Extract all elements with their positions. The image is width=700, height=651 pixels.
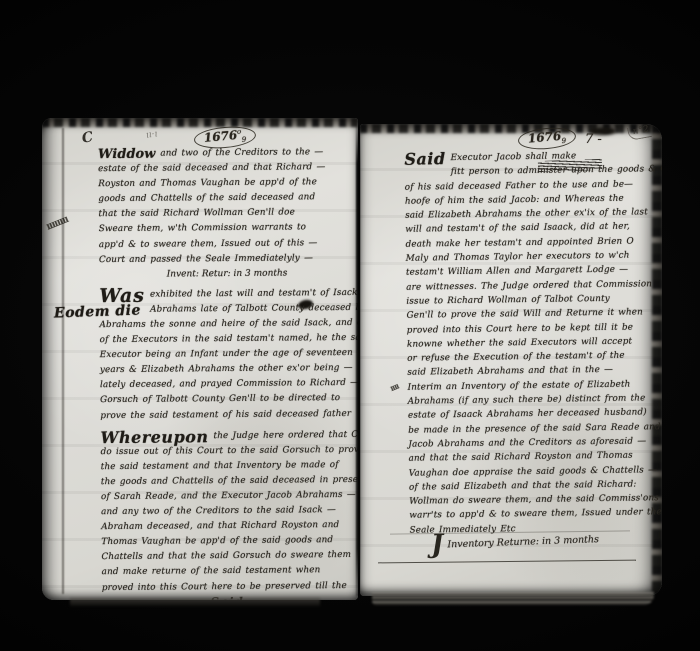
page-edge-stack <box>372 592 654 605</box>
entry-opening-word: Said <box>404 151 445 167</box>
left-page: C ıı·ı 1676o9 ıııııııı Eodem die Widdow … <box>42 118 358 600</box>
manuscript-line: app'd & to sweare them, Issued out of th… <box>99 235 355 252</box>
year-stamp-subscript: 9 <box>561 137 566 145</box>
court-entry-whereupon: Whereupon the Judge here ordered that Co… <box>100 427 358 600</box>
book-gutter-crease <box>356 126 360 596</box>
ink-smudge: ıı·ı <box>145 129 158 141</box>
manuscript-line: and make returne of the said testament w… <box>102 563 358 580</box>
right-corner-mark: n°2 <box>627 124 652 141</box>
page-number: 7 - <box>585 132 602 147</box>
entry-lines: Executor Jacob shall makefitt person to … <box>404 148 653 537</box>
court-entry-continued: Said Executor Jacob shall makefitt perso… <box>404 148 653 537</box>
entry-opening-word: Widdow <box>98 147 155 162</box>
inventory-return-row: J Inventory Returne: in 3 months <box>400 528 631 556</box>
inventory-return-note: Invent: Retur: in 3 months <box>99 268 355 280</box>
year-stamp-text: 1676 <box>203 128 237 145</box>
manuscript-line: Court and passed the Seale Immediatelyly… <box>99 251 355 268</box>
flourish-initial: J <box>431 535 444 555</box>
court-entry-first: Widdow and two of the Creditors to the —… <box>98 145 355 280</box>
entry-lines: and two of the Creditors to the —estate … <box>98 145 355 268</box>
entry-opening-word: Whereupon <box>100 429 208 445</box>
left-corner-mark: C <box>81 129 95 147</box>
right-page-top-edge <box>360 124 662 133</box>
right-page-text: Said Executor Jacob shall makefitt perso… <box>404 148 653 543</box>
manuscript-line: prove the said testament of his said dec… <box>100 406 356 423</box>
left-page-text: Widdow and two of the Creditors to the —… <box>98 145 358 600</box>
court-entry-eodem-die: Was exhibited the last will and testam't… <box>99 286 356 424</box>
page-edge-shadow <box>70 598 320 606</box>
manuscript-photograph: C ıı·ı 1676o9 ıııııııı Eodem die Widdow … <box>0 0 700 651</box>
entry-lines: the Judge here ordered that Com'iondo is… <box>100 427 357 595</box>
year-stamp-text: 1676 <box>527 129 561 146</box>
entry-opening-word: Was <box>99 287 145 304</box>
ruled-line <box>378 560 636 564</box>
manuscript-line: proved into this Court here to be preser… <box>102 578 358 595</box>
margin-pen-trials: ıııııııı <box>45 214 70 233</box>
left-page-top-edge <box>42 118 358 127</box>
left-page-crease <box>62 128 64 594</box>
manuscript-line: Royston and Thomas Vaughan be app'd of t… <box>98 175 354 192</box>
margin-pen-trials: ıııı <box>388 381 399 393</box>
manuscript-line: Gorsuch of Talbott County Gen'll to be d… <box>100 391 356 408</box>
year-stamp-superscript: o <box>237 128 242 136</box>
right-page: 16769 7 - n°2 ıııı Said Executor Jacob s… <box>360 124 662 596</box>
inventory-return-note: Inventory Returne: in 3 months <box>447 534 599 550</box>
year-stamp-subscript: 9 <box>242 136 247 144</box>
